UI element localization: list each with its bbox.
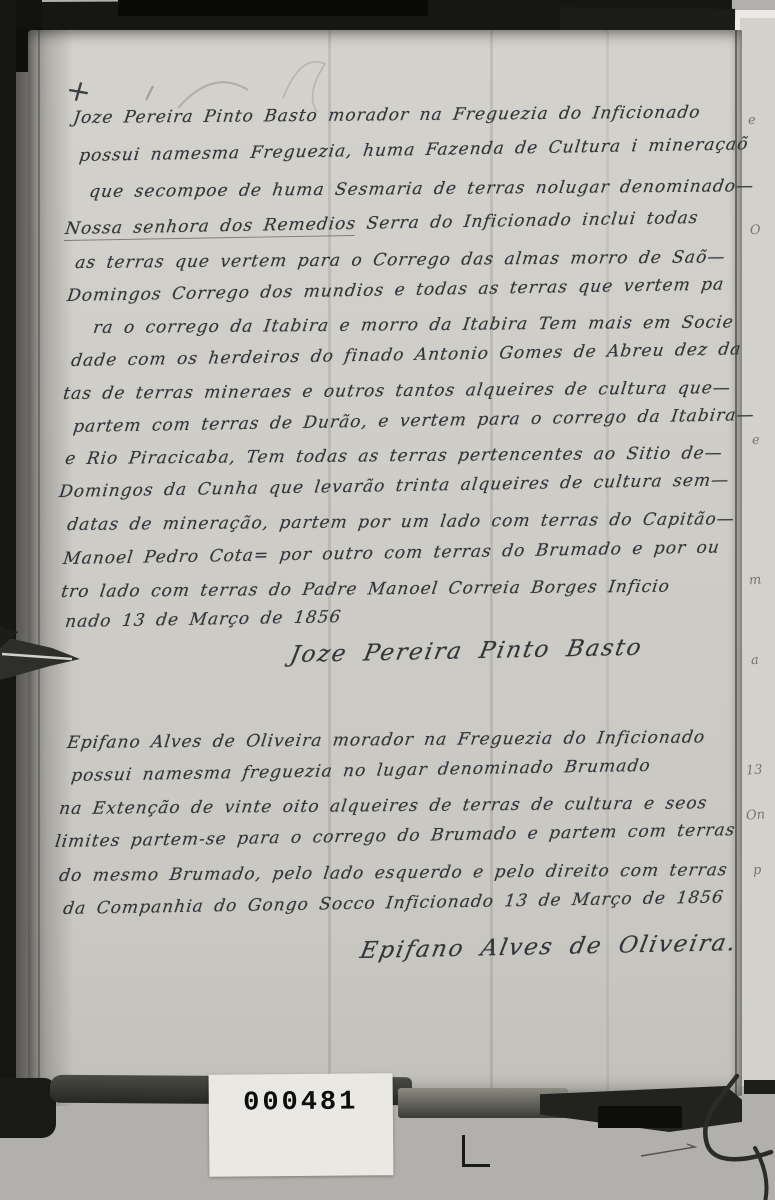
manuscript-line: do mesmo Brumado, pelo lado esquerdo e p…	[58, 860, 729, 886]
manuscript-line: que secompoe de huma Sesmaria de terras …	[88, 176, 755, 202]
book-bottom-corner	[0, 1078, 56, 1138]
next-page-text-fragment: e	[747, 113, 756, 129]
manuscript-line: dade com os herdeiros do finado Antonio …	[70, 339, 743, 371]
archive-number: 000481	[209, 1087, 393, 1119]
next-page-text-fragment: 13	[745, 762, 763, 778]
manuscript-line: Nossa senhora dos Remedios Serra do Infi…	[64, 208, 700, 239]
manuscript-line: Epifano Alves de Oliveira morador na Fre…	[66, 727, 706, 753]
next-page-text-fragment: a	[750, 653, 759, 669]
manuscript-line: Domingos da Cunha que levarão trinta alq…	[58, 470, 730, 502]
manuscript-line: tas de terras mineraes e outros tantos a…	[62, 378, 732, 404]
fiducial-l-vertical	[462, 1135, 465, 1167]
manuscript-line: da Companhia do Gongo Socco Inficionado …	[62, 888, 725, 919]
manuscript-line: limites partem-se para o corrego do Brum…	[54, 820, 737, 852]
fiducial-l-horizontal	[462, 1164, 490, 1167]
next-page-text-fragment: m	[748, 573, 761, 589]
book-spine	[0, 0, 16, 1122]
pencil-scribble	[98, 38, 478, 148]
manuscript-line: e Rio Piracicaba, Tem todas as terras pe…	[64, 443, 724, 469]
signature-joze-pereira-pinto-basto: Joze Pereira Pinto Basto	[288, 635, 645, 668]
book-cover-top-shadow	[118, 0, 428, 16]
manuscript-line: Domingos Corrego dos mundios e todas as …	[66, 275, 725, 306]
manuscript-line: datas de mineração, partem por um lado c…	[66, 509, 736, 535]
manuscript-line: possui namesma freguezia no lugar denomi…	[70, 756, 652, 786]
manuscript-page: + Joze Pereira Pinto Basto morador na Fr…	[28, 30, 742, 1096]
underlined-place-name: Nossa senhora dos Remedios	[64, 214, 358, 241]
manuscript-line: ra o corrego da Itabira e morro da Itabi…	[92, 312, 735, 338]
manuscript-line: as terras que vertem para o Corrego das …	[74, 247, 727, 273]
manuscript-line: partem com terras de Durão, e vertem par…	[72, 405, 756, 437]
manuscript-line: tro lado com terras do Padre Manoel Corr…	[60, 577, 671, 602]
manuscript-photo: e O e m a 13 On p + Joze Pereira Pinto B…	[0, 0, 775, 1200]
next-page-text-fragment: O	[749, 223, 761, 239]
manuscript-line: na Extenção de vinte oito alqueires de t…	[58, 793, 709, 819]
gutter-shadow	[16, 28, 74, 1106]
archive-number-label: 000481	[209, 1073, 394, 1177]
next-page-text-fragment: On	[746, 807, 766, 823]
fiducial-l-mark: L	[462, 1135, 490, 1167]
manuscript-line: Manoel Pedro Cota= por outro com terras …	[62, 538, 721, 569]
manuscript-line-rest: Serra do Inficionado inclui todas	[355, 208, 700, 234]
manuscript-line: nado 13 de Março de 1856	[64, 607, 343, 632]
next-page-text-fragment: e	[751, 433, 760, 449]
signature-epifano-alves-de-oliveira: Epifano Alves de Oliveira.	[358, 930, 740, 964]
next-page-text-fragment: p	[752, 863, 761, 879]
cord	[615, 1052, 775, 1200]
pen-nib	[0, 626, 95, 690]
